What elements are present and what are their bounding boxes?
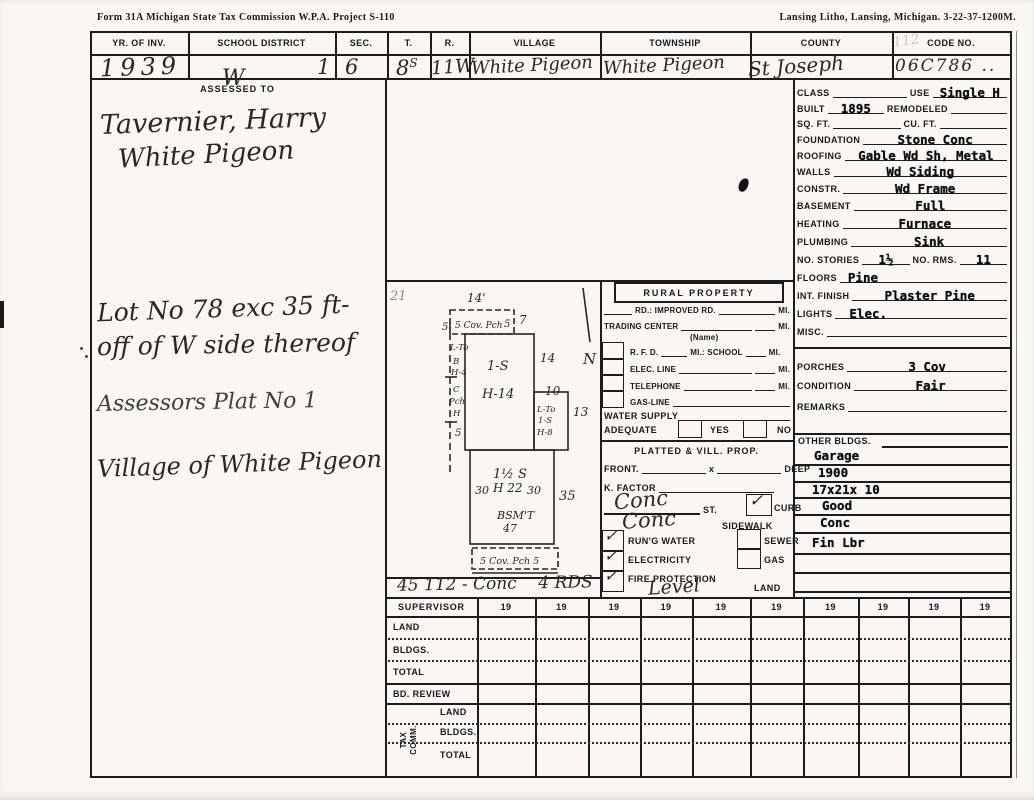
blank-line bbox=[681, 317, 752, 331]
col-label: R. bbox=[445, 38, 455, 48]
form-id-line: Form 31A Michigan State Tax Commission W… bbox=[97, 12, 395, 23]
county-value: St Joseph bbox=[747, 53, 844, 80]
field-line: Fair bbox=[854, 374, 1007, 391]
school-label: MI.: SCHOOL bbox=[690, 348, 742, 357]
school-district-value: 1 bbox=[317, 57, 330, 78]
rural-telephone-row: TELEPHONE MI. bbox=[630, 378, 790, 391]
electricity-label: ELECTRICITY bbox=[628, 555, 691, 565]
left-note: B bbox=[452, 357, 459, 367]
field-line: Stone Conc bbox=[863, 128, 1007, 145]
sidewalk-value: Conc bbox=[621, 508, 676, 533]
rural-road-row: RD.: IMPROVED RD. MI. bbox=[604, 302, 790, 315]
field-line: Single H bbox=[933, 81, 1007, 98]
row-label-bldgs: BLDGS. bbox=[393, 645, 429, 655]
rule bbox=[477, 597, 479, 776]
dim: 35 bbox=[559, 489, 576, 504]
field-label: CONDITION bbox=[797, 381, 851, 391]
other-bldg-value: Fin Lbr bbox=[812, 537, 865, 550]
adequate-label: ADEQUATE bbox=[604, 425, 657, 435]
col-label: YR. OF INV. bbox=[112, 38, 166, 48]
main-height-label: H-14 bbox=[481, 387, 514, 402]
speck bbox=[85, 355, 88, 358]
water-supply-label: WATER SUPPLY bbox=[604, 411, 678, 421]
main-story-label: 1-S bbox=[487, 359, 509, 374]
field-label: FLOORS bbox=[797, 273, 837, 283]
left-note: L-To bbox=[449, 343, 468, 353]
fire-protection-checkbox: ✓ bbox=[602, 570, 624, 592]
row-label-total: TOTAL bbox=[393, 667, 424, 677]
col-yr-of-inv: YR. OF INV. bbox=[90, 31, 188, 54]
land-label: LAND bbox=[754, 583, 781, 593]
dim: 13 bbox=[573, 405, 589, 419]
rule bbox=[793, 532, 1010, 534]
left-note: 5 bbox=[455, 428, 461, 439]
tax-row-label-land: LAND bbox=[440, 707, 467, 717]
rule bbox=[385, 616, 1012, 618]
assessed-address: White Pigeon bbox=[117, 137, 294, 172]
platted-title: PLATTED & VILL. PROP. bbox=[600, 446, 793, 456]
mi-label: MI. bbox=[778, 306, 790, 315]
ink-blot bbox=[737, 177, 750, 193]
dotted-rule bbox=[388, 723, 1010, 725]
north-arrow bbox=[583, 288, 590, 342]
field-line: Furnace bbox=[843, 212, 1007, 229]
curb-checkbox: ✓ bbox=[746, 494, 772, 516]
mi-label: MI. bbox=[778, 322, 790, 331]
field-line: 11 bbox=[960, 248, 1007, 265]
field-row-int-finish: INT. FINISHPlaster Pine bbox=[797, 285, 1007, 301]
sewer-label: SEWER bbox=[764, 536, 799, 546]
electricity-checkmark: ✓ bbox=[604, 548, 617, 564]
deep-label: DEEP bbox=[784, 464, 810, 474]
township-value: White Pigeon bbox=[603, 54, 726, 78]
fire-protection-checkmark: ✓ bbox=[604, 568, 617, 584]
rule bbox=[793, 591, 1010, 593]
elec-line-label: ELEC. LINE bbox=[630, 365, 676, 374]
front-label: FRONT. bbox=[604, 464, 639, 474]
field-line: Full bbox=[854, 194, 1007, 211]
rule bbox=[793, 433, 1010, 435]
blank-line bbox=[746, 343, 766, 357]
other-bldg-value: 1900 bbox=[818, 467, 848, 480]
dotted-rule bbox=[388, 742, 1010, 744]
field-label: PORCHES bbox=[797, 362, 844, 372]
rule bbox=[692, 597, 694, 776]
speck bbox=[80, 347, 83, 350]
litho-line: Lansing Litho, Lansing, Michigan. 3-22-3… bbox=[780, 12, 1016, 23]
dim: 30 bbox=[475, 484, 489, 497]
other-bldg-value: Good bbox=[822, 500, 852, 513]
t-number: 8 bbox=[396, 56, 409, 80]
tax-comm-text: TAX COMM. bbox=[399, 723, 418, 757]
rule bbox=[882, 446, 1008, 448]
dim: 10 bbox=[545, 384, 561, 398]
dim: 5 bbox=[442, 322, 448, 333]
field-line: Elec. bbox=[835, 302, 1007, 319]
faint-pencil-mark: 112 bbox=[892, 32, 920, 50]
rural-title-box: RURAL PROPERTY bbox=[614, 282, 784, 303]
field-line: Wd Siding bbox=[834, 160, 1008, 177]
building-plot-sketch: 21 14' 5 5 Cov. Pch 5 7 1-S H-14 14 10 L… bbox=[387, 282, 598, 575]
running-water-label: RUN'G WATER bbox=[628, 536, 695, 546]
dim: 14 bbox=[540, 351, 555, 365]
field-label: WALLS bbox=[797, 167, 831, 177]
field-label: BASEMENT bbox=[797, 201, 851, 211]
rule bbox=[793, 78, 795, 597]
dim: 7 bbox=[519, 313, 527, 327]
legal-line-3: Assessors Plat No 1 bbox=[97, 390, 318, 416]
field-label: CLASS bbox=[797, 88, 830, 98]
field-label: HEATING bbox=[797, 219, 840, 229]
field-row-basement: BASEMENTFull bbox=[797, 195, 1007, 211]
village-value: White Pigeon bbox=[471, 54, 594, 78]
field-label: USE bbox=[910, 88, 930, 98]
lower-story-label: 1½ S bbox=[493, 467, 527, 482]
field-row-remarks: REMARKS bbox=[797, 396, 1007, 412]
st-label: ST. bbox=[703, 505, 717, 515]
year-col: 19 bbox=[960, 602, 1010, 612]
row-label-land: LAND bbox=[393, 622, 420, 632]
field-line bbox=[833, 81, 907, 98]
rule bbox=[793, 553, 1010, 555]
field-value: Furnace bbox=[843, 218, 1007, 231]
field-row-heating: HEATINGFurnace bbox=[797, 213, 1007, 229]
legal-line-1: Lot No 78 exc 35 ft- bbox=[97, 292, 350, 326]
col-label: TOWNSHIP bbox=[649, 38, 701, 48]
land-value: Level bbox=[647, 576, 700, 599]
left-note: C bbox=[453, 385, 460, 395]
x-label: x bbox=[709, 464, 714, 474]
col-county: COUNTY bbox=[750, 31, 892, 54]
left-note: Pch bbox=[448, 397, 465, 407]
wing-label: L-To bbox=[536, 405, 555, 415]
rule bbox=[793, 572, 1010, 574]
field-row-condition: CONDITIONFair bbox=[797, 375, 1007, 391]
row-label-bd-review: BD. REVIEW bbox=[393, 689, 451, 699]
scan-edge-mark bbox=[0, 301, 4, 328]
trading-label: TRADING CENTER bbox=[604, 322, 678, 331]
yr-of-inv-value: 1939 bbox=[100, 54, 182, 81]
rule bbox=[803, 597, 805, 776]
field-row-constr: CONSTR.Wd Frame bbox=[797, 178, 1007, 194]
curb-checkmark: ✓ bbox=[749, 493, 763, 510]
rule bbox=[90, 31, 92, 778]
field-line: 1½ bbox=[862, 248, 909, 265]
field-line bbox=[833, 112, 900, 129]
col-township: TOWNSHIP bbox=[600, 31, 750, 54]
left-note: H bbox=[452, 409, 461, 419]
rule bbox=[858, 597, 860, 776]
rule bbox=[600, 440, 793, 442]
year-col: 19 bbox=[477, 602, 535, 612]
dim: 5 bbox=[504, 319, 510, 330]
rule bbox=[793, 347, 1010, 349]
rural-rfd-row: R. F. D. MI.: SCHOOL MI. bbox=[630, 344, 790, 357]
field-row-porches: PORCHES3 Cov bbox=[797, 356, 1007, 372]
gas-label: GAS bbox=[764, 555, 785, 565]
col-label: VILLAGE bbox=[514, 38, 556, 48]
field-value: Full bbox=[854, 200, 1007, 213]
field-value: Pine bbox=[848, 272, 1007, 285]
field-line bbox=[827, 320, 1007, 337]
top-dimension: 14' bbox=[467, 291, 486, 305]
rfd-label: R. F. D. bbox=[630, 348, 658, 357]
telephone-label: TELEPHONE bbox=[630, 382, 681, 391]
rural-gasline-row: GAS-LINE bbox=[630, 394, 790, 407]
field-row-floors: FLOORSPine bbox=[797, 267, 1007, 283]
mi-label: MI. bbox=[778, 365, 790, 374]
other-bldgs-title: OTHER BLDGS. bbox=[798, 436, 871, 446]
bottom-porch-label: 5 Cov. Pch 5 bbox=[480, 556, 539, 567]
rule bbox=[908, 597, 910, 776]
field-line: Gable Wd Sh, Metal bbox=[845, 144, 1007, 161]
north-label: N bbox=[582, 350, 597, 368]
mi-label: MI. bbox=[778, 382, 790, 391]
lower-height-label: H 22 bbox=[492, 481, 523, 495]
rural-title: RURAL PROPERTY bbox=[643, 288, 754, 298]
blank-line bbox=[719, 301, 776, 315]
left-note: H-4 bbox=[450, 368, 467, 378]
year-col: 19 bbox=[692, 602, 750, 612]
field-label: LIGHTS bbox=[797, 309, 832, 319]
rule bbox=[90, 776, 1012, 778]
gas-line-checkbox bbox=[602, 390, 624, 408]
blank-line bbox=[604, 301, 632, 315]
field-value: Plaster Pine bbox=[852, 290, 1007, 303]
field-row-lights: LIGHTSElec. bbox=[797, 303, 1007, 319]
field-label: SQ. FT. bbox=[797, 119, 830, 129]
road-label: RD.: IMPROVED RD. bbox=[635, 306, 716, 315]
field-row-plumbing: PLUMBINGSink bbox=[797, 231, 1007, 247]
field-value: Fair bbox=[854, 380, 1007, 393]
adequate-yes-checkbox bbox=[678, 420, 702, 438]
assessed-name: Tavernier, Harry bbox=[100, 104, 327, 139]
field-label: INT. FINISH bbox=[797, 291, 849, 301]
yes-label: YES bbox=[710, 425, 729, 435]
field-line: Pine bbox=[840, 266, 1007, 283]
field-label: PLUMBING bbox=[797, 237, 848, 247]
col-label: SEC. bbox=[350, 38, 373, 48]
field-label: CONSTR. bbox=[797, 184, 840, 194]
year-col: 19 bbox=[858, 602, 908, 612]
wing-label: H-8 bbox=[536, 428, 553, 438]
gas-checkbox bbox=[737, 548, 761, 569]
col-r: R. bbox=[430, 31, 469, 54]
field-label: REMARKS bbox=[797, 402, 845, 412]
year-col: 19 bbox=[640, 602, 692, 612]
gas-line-label: GAS-LINE bbox=[630, 398, 670, 407]
field-label: NO. RMS. bbox=[913, 255, 957, 265]
blank-line bbox=[679, 360, 752, 374]
field-row-stories: NO. STORIES1½ NO. RMS.11 bbox=[797, 249, 1007, 265]
field-row-foundation: FOUNDATIONStone Conc bbox=[797, 129, 1007, 145]
field-value: 11 bbox=[960, 254, 1007, 267]
field-line: Sink bbox=[851, 230, 1007, 247]
legal-line-4: Village of White Pigeon bbox=[97, 447, 383, 481]
other-bldg-value: Conc bbox=[820, 517, 850, 530]
field-line: Plaster Pine bbox=[852, 284, 1007, 301]
sketch-note-line: 45 112 - Conc 4 RDS bbox=[397, 574, 593, 594]
running-water-checkmark: ✓ bbox=[604, 528, 617, 544]
mi-label: MI. bbox=[769, 348, 781, 357]
dotted-rule bbox=[388, 638, 1010, 640]
col-label: COUNTY bbox=[801, 38, 841, 48]
tax-assessment-card: Form 31A Michigan State Tax Commission W… bbox=[0, 0, 1034, 800]
field-line: Wd Frame bbox=[843, 177, 1007, 194]
rule bbox=[640, 597, 642, 776]
field-value: Elec. bbox=[849, 308, 1007, 321]
rule bbox=[385, 597, 1012, 599]
year-col: 19 bbox=[803, 602, 858, 612]
basement-number: 47 bbox=[502, 522, 517, 535]
rule bbox=[750, 597, 752, 776]
rule bbox=[588, 597, 590, 776]
field-line: 3 Cov bbox=[847, 355, 1007, 372]
year-col: 19 bbox=[750, 602, 803, 612]
year-col: 19 bbox=[908, 602, 960, 612]
other-bldg-value: 17x21x 10 bbox=[812, 484, 880, 497]
wing-label: 1-S bbox=[538, 416, 552, 426]
field-label: MISC. bbox=[797, 327, 824, 337]
tax-row-label-total: TOTAL bbox=[440, 750, 471, 760]
tax-row-label-bldgs: BLDGS. bbox=[440, 727, 476, 737]
blank-line bbox=[755, 317, 775, 331]
rule bbox=[960, 597, 962, 776]
blank-line bbox=[717, 460, 781, 474]
field-value: Sink bbox=[851, 236, 1007, 249]
rule bbox=[535, 597, 537, 776]
col-sec: SEC. bbox=[335, 31, 387, 54]
col-t: T. bbox=[387, 31, 430, 54]
rule bbox=[385, 703, 1012, 705]
field-row-walls: WALLSWd Siding bbox=[797, 161, 1007, 177]
field-value: 1½ bbox=[862, 254, 909, 267]
sec-value: 6 bbox=[345, 57, 358, 78]
col-label: CODE NO. bbox=[927, 38, 975, 48]
field-line bbox=[940, 112, 1007, 129]
field-row-roofing: ROOFINGGable Wd Sh, Metal bbox=[797, 145, 1007, 161]
tax-comm-group-label: TAX COMM. bbox=[391, 710, 427, 770]
adequate-no-checkbox bbox=[743, 420, 767, 438]
name-note: (Name) bbox=[690, 333, 718, 342]
blank-line bbox=[681, 407, 790, 421]
col-school-district: SCHOOL DISTRICT bbox=[188, 31, 335, 54]
sewer-checkbox bbox=[737, 529, 761, 550]
blank-line bbox=[673, 393, 790, 407]
front-deep-row: FRONT. x DEEP bbox=[604, 461, 790, 474]
col-label: T. bbox=[405, 38, 413, 48]
rule bbox=[385, 683, 1012, 685]
t-value: 8S bbox=[396, 57, 418, 79]
rural-elec-row: ELEC. LINE MI. bbox=[630, 361, 790, 374]
dim: 30 bbox=[527, 484, 541, 497]
assessed-to-label: ASSESSED TO bbox=[90, 84, 385, 94]
top-porch-label: 5 Cov. Pch bbox=[455, 321, 503, 331]
col-label: SCHOOL DISTRICT bbox=[217, 38, 305, 48]
field-line bbox=[848, 395, 1007, 412]
rule bbox=[1016, 31, 1017, 778]
year-col: 19 bbox=[535, 602, 588, 612]
other-bldg-value: Garage bbox=[814, 450, 859, 463]
blank-line bbox=[642, 460, 706, 474]
field-label: NO. STORIES bbox=[797, 255, 859, 265]
r-value: 11W bbox=[430, 56, 475, 78]
supervisor-label: SUPERVISOR bbox=[398, 602, 465, 612]
basement-label: BSM'T bbox=[496, 509, 536, 522]
field-row-misc: MISC. bbox=[797, 321, 1007, 337]
rural-trading-row: TRADING CENTER MI. bbox=[604, 318, 790, 331]
no-label: NO bbox=[777, 425, 791, 435]
code-no-value: 06C786 .. bbox=[895, 58, 996, 75]
dotted-rule bbox=[388, 660, 1010, 662]
col-village: VILLAGE bbox=[469, 31, 600, 54]
blank-line bbox=[684, 377, 753, 391]
field-row-sqft: SQ. FT. CU. FT. bbox=[797, 113, 1007, 129]
curb-label: CURB bbox=[774, 503, 802, 513]
blank-line bbox=[661, 343, 687, 357]
field-value: 3 Cov bbox=[847, 361, 1007, 374]
blank-line bbox=[755, 360, 775, 374]
field-row-class-use: CLASS USESingle H bbox=[797, 82, 1007, 98]
year-col: 19 bbox=[588, 602, 640, 612]
faint-number: 21 bbox=[389, 289, 407, 304]
rule bbox=[1010, 31, 1012, 778]
legal-line-2: off of W side thereof bbox=[97, 330, 356, 360]
t-sup: S bbox=[409, 56, 417, 70]
blank-line bbox=[755, 377, 775, 391]
